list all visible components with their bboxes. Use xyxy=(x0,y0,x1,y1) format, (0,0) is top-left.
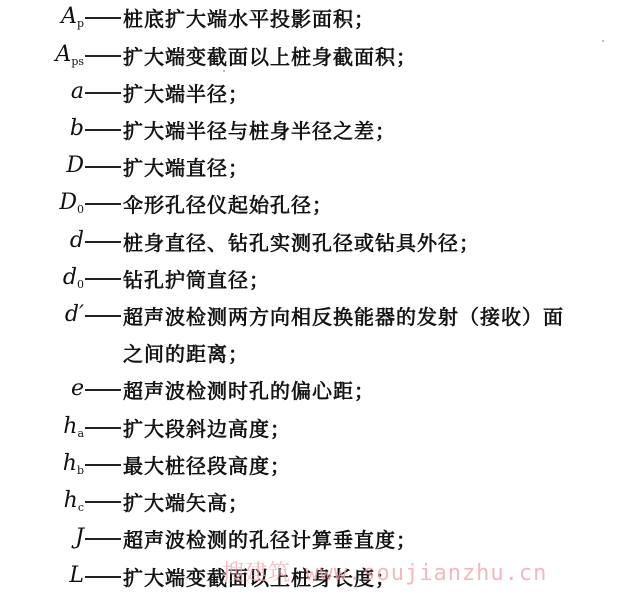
definition-line: e 超声波检测时孔的偏心距； xyxy=(0,374,375,404)
em-dash xyxy=(85,501,121,503)
definition-text: 超声波检测两方向相反换能器的发射（接收）面 xyxy=(123,301,564,330)
symbol: Ap xyxy=(0,4,84,30)
definition-text: 扩大端半径； xyxy=(123,78,249,107)
em-dash xyxy=(85,315,121,317)
definition-line: hc 扩大端矢高； xyxy=(0,486,249,516)
em-dash xyxy=(85,203,121,205)
definition-line: J 超声波检测的孔径计算垂直度； xyxy=(0,523,417,553)
definition-line: a 扩大端半径； xyxy=(0,77,249,107)
definition-text: 扩大段斜边高度； xyxy=(123,413,291,442)
definition-text: 桩底扩大端水平投影面积； xyxy=(123,3,375,32)
definition-text: 伞形孔径仪起始孔径； xyxy=(123,189,333,218)
em-dash xyxy=(85,241,121,243)
symbol: J xyxy=(0,525,84,551)
scan-speck xyxy=(602,40,604,42)
definition-line: D 扩大端直径； xyxy=(0,151,249,181)
definition-text: 桩身直径、钻孔实测孔径或钻具外径； xyxy=(123,227,480,256)
em-dash xyxy=(85,55,121,57)
symbol: a xyxy=(0,79,84,105)
em-dash xyxy=(85,92,121,94)
definition-line: ha 扩大段斜边高度； xyxy=(0,412,291,442)
symbol: d0 xyxy=(0,265,84,291)
definition-line: Aps 扩大端变截面以上桩身截面积； xyxy=(0,40,417,70)
definition-text: 超声波检测的孔径计算垂直度； xyxy=(123,524,417,553)
symbol: D xyxy=(0,153,84,179)
symbol: ha xyxy=(0,414,84,440)
em-dash xyxy=(85,166,121,168)
definition-line: hb 最大桩径段高度； xyxy=(0,449,291,479)
symbol: L xyxy=(0,563,84,589)
symbol: hb xyxy=(0,451,84,477)
symbol: d′ xyxy=(0,302,84,328)
definition-text: 钻孔护筒直径； xyxy=(123,264,270,293)
scan-speck xyxy=(223,70,225,72)
symbol-definitions-document: Ap 桩底扩大端水平投影面积； Aps 扩大端变截面以上桩身截面积； a 扩大端… xyxy=(0,0,636,600)
definition-line: D0 伞形孔径仪起始孔径； xyxy=(0,188,333,218)
em-dash xyxy=(85,576,121,578)
em-dash xyxy=(85,129,121,131)
symbol: e xyxy=(0,376,84,402)
em-dash xyxy=(85,278,121,280)
definition-text: 扩大端变截面以上桩身截面积； xyxy=(123,41,417,70)
symbol: b xyxy=(0,116,84,142)
symbol: D0 xyxy=(0,190,84,216)
symbol: hc xyxy=(0,488,84,514)
definition-line: d′ 超声波检测两方向相反换能器的发射（接收）面 xyxy=(0,300,564,330)
definition-line: b 扩大端半径与桩身半径之差； xyxy=(0,114,396,144)
em-dash xyxy=(85,464,121,466)
definition-line: d0 钻孔护筒直径； xyxy=(0,263,270,293)
em-dash xyxy=(85,17,121,19)
watermark: 搜建筑 www.soujianzhu.cn xyxy=(222,556,547,587)
em-dash xyxy=(85,389,121,391)
definition-continuation: 之间的距离； xyxy=(123,337,249,367)
definition-text: 扩大端直径； xyxy=(123,152,249,181)
definition-line: Ap 桩底扩大端水平投影面积； xyxy=(0,2,375,32)
em-dash xyxy=(85,427,121,429)
definition-text: 扩大端矢高； xyxy=(123,487,249,516)
definition-text: 最大桩径段高度； xyxy=(123,450,291,479)
em-dash xyxy=(85,538,121,540)
definition-line: d 桩身直径、钻孔实测孔径或钻具外径； xyxy=(0,226,480,256)
definition-text: 扩大端半径与桩身半径之差； xyxy=(123,115,396,144)
definition-text: 超声波检测时孔的偏心距； xyxy=(123,375,375,404)
symbol: d xyxy=(0,228,84,254)
symbol: Aps xyxy=(0,42,84,68)
